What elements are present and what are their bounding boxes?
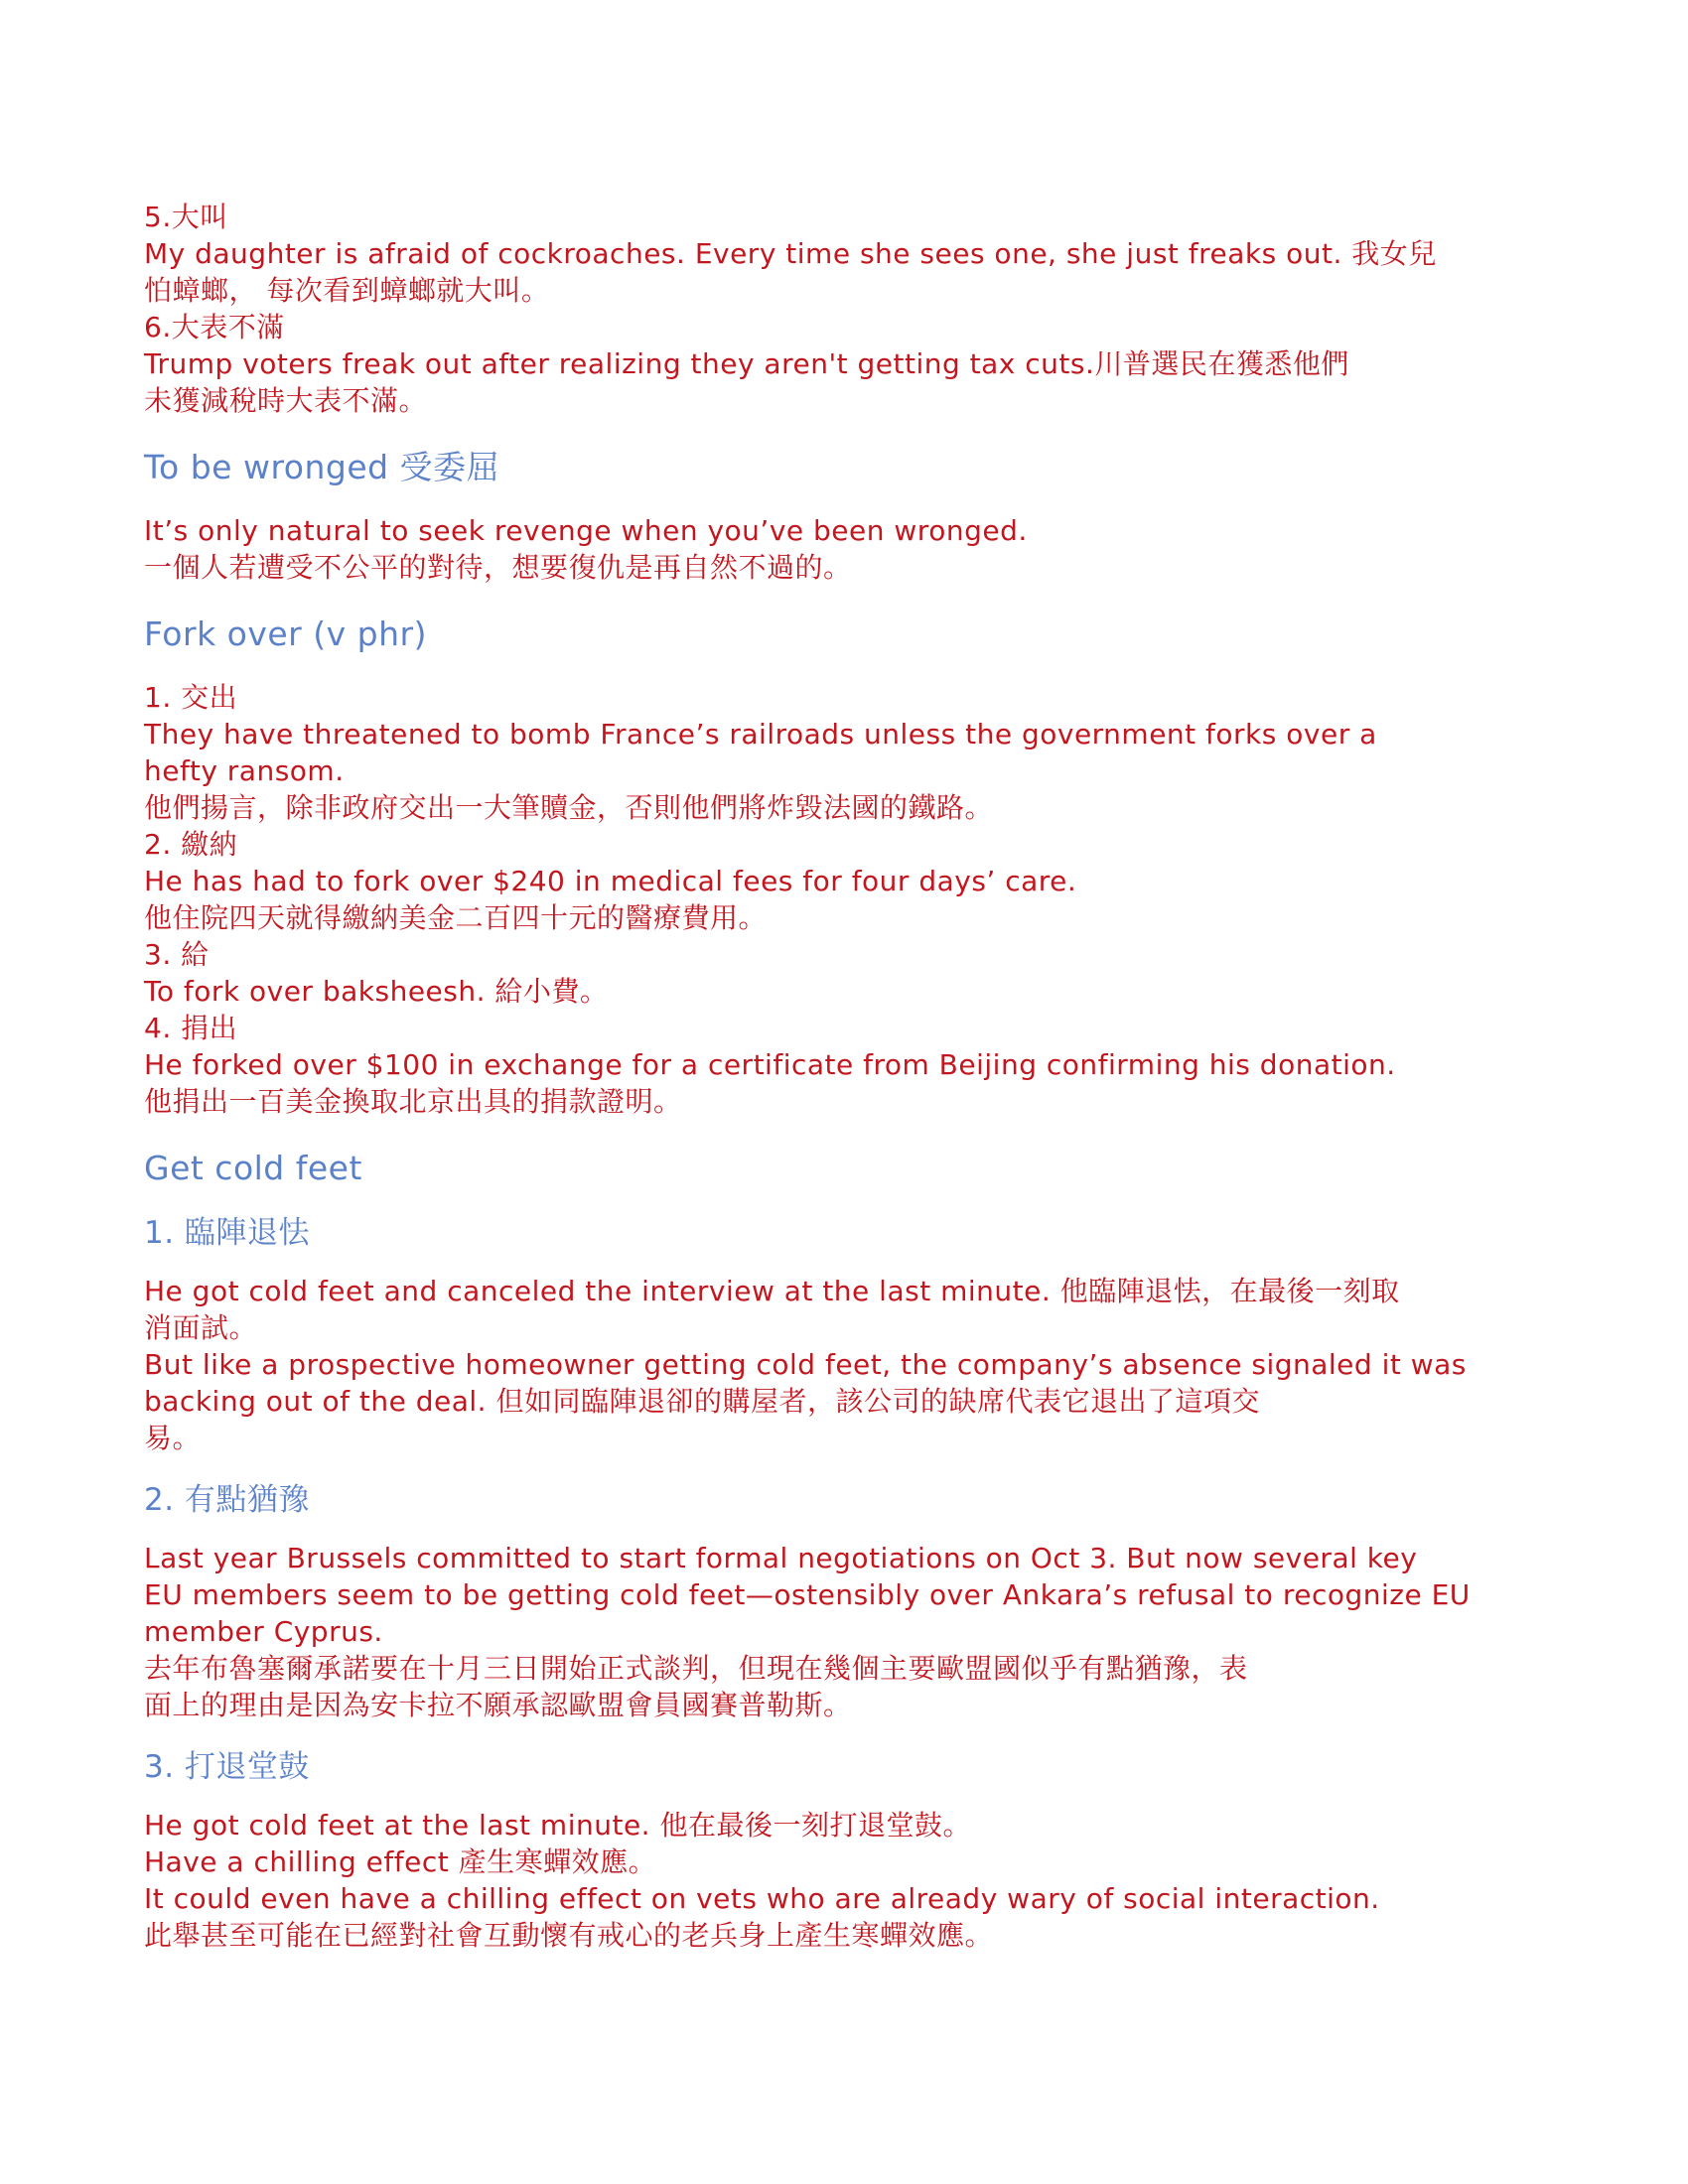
text-line: 易。 <box>144 1420 1584 1456</box>
text-line: EU members seem to be getting cold feet—… <box>144 1576 1584 1613</box>
text-line: 1. 交出 <box>144 679 1584 716</box>
numbered-subheading: 1. 臨陣退怯 <box>144 1213 1584 1253</box>
text-line: My daughter is afraid of cockroaches. Ev… <box>144 235 1584 272</box>
text-line: 2. 繳納 <box>144 826 1584 863</box>
text-line: He has had to fork over $240 in medical … <box>144 863 1584 899</box>
text-line: 4. 捐出 <box>144 1010 1584 1046</box>
text-line: hefty ransom. <box>144 752 1584 789</box>
text-line: 5.大叫 <box>144 199 1584 235</box>
text-line: He forked over $100 in exchange for a ce… <box>144 1046 1584 1083</box>
text-line: But like a prospective homeowner getting… <box>144 1346 1584 1383</box>
document-page: 5.大叫My daughter is afraid of cockroaches… <box>0 0 1688 2184</box>
text-line: 一個人若遭受不公平的對待，想要復仇是再自然不過的。 <box>144 549 1584 586</box>
text-line: They have threatened to bomb France’s ra… <box>144 716 1584 752</box>
text-line: 此舉甚至可能在已經對社會互動懷有戒心的老兵身上產生寒蟬效應。 <box>144 1917 1584 1954</box>
section-heading: Fork over (v phr) <box>144 614 1584 655</box>
text-line: 面上的理由是因為安卡拉不願承認歐盟會員國賽普勒斯。 <box>144 1687 1584 1723</box>
text-line: 他們揚言，除非政府交出一大筆贖金，否則他們將炸毀法國的鐵路。 <box>144 789 1584 826</box>
text-line: Have a chilling effect 產生寒蟬效應。 <box>144 1843 1584 1880</box>
text-line: It could even have a chilling effect on … <box>144 1880 1584 1917</box>
numbered-subheading: 3. 打退堂鼓 <box>144 1747 1584 1787</box>
text-line: 未獲減稅時大表不滿。 <box>144 382 1584 419</box>
text-line: 去年布魯塞爾承諾要在十月三日開始正式談判，但現在幾個主要歐盟國似乎有點猶豫，表 <box>144 1650 1584 1687</box>
text-line: member Cyprus. <box>144 1613 1584 1650</box>
text-line: 消面試。 <box>144 1309 1584 1346</box>
text-line: It’s only natural to seek revenge when y… <box>144 512 1584 549</box>
text-line: He got cold feet at the last minute. 他在最… <box>144 1807 1584 1843</box>
section-heading: Get cold feet <box>144 1148 1584 1189</box>
text-line: To fork over baksheesh. 給小費。 <box>144 973 1584 1010</box>
numbered-subheading: 2. 有點猶豫 <box>144 1480 1584 1520</box>
text-line: 3. 給 <box>144 936 1584 973</box>
text-line: 他捐出一百美金換取北京出具的捐款證明。 <box>144 1083 1584 1120</box>
text-line: Last year Brussels committed to start fo… <box>144 1540 1584 1576</box>
text-line: 6.大表不滿 <box>144 309 1584 345</box>
text-line: He got cold feet and canceled the interv… <box>144 1273 1584 1309</box>
text-line: Trump voters freak out after realizing t… <box>144 345 1584 382</box>
text-line: 怕蟑螂， 每次看到蟑螂就大叫。 <box>144 272 1584 309</box>
section-heading: To be wronged 受委屈 <box>144 447 1584 488</box>
text-line: 他住院四天就得繳納美金二百四十元的醫療費用。 <box>144 899 1584 936</box>
document-content: 5.大叫My daughter is afraid of cockroaches… <box>144 199 1584 1954</box>
text-line: backing out of the deal. 但如同臨陣退卻的購屋者，該公司… <box>144 1383 1584 1420</box>
